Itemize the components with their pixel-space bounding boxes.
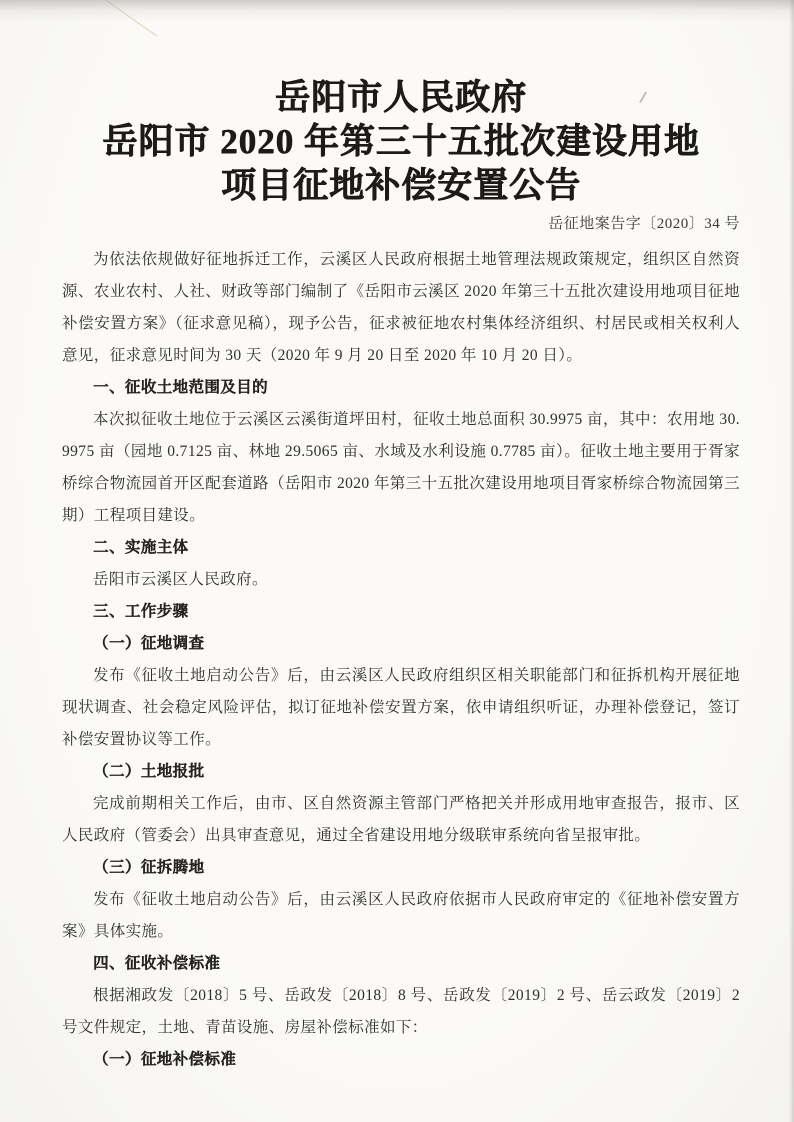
section-1-paragraph: 本次拟征收土地位于云溪区云溪街道坪田村，征收土地总面积 30.9975 亩，其中… xyxy=(62,404,740,532)
scan-right-edge xyxy=(789,0,794,1122)
section-3-sub-3-paragraph: 发布《征收土地启动公告》后，由云溪区人民政府依据市人民政府审定的《征地补偿安置方… xyxy=(62,884,740,948)
section-3-sub-3-heading: （三）征拆腾地 xyxy=(62,852,740,884)
section-3-sub-1-heading: （一）征地调查 xyxy=(62,628,740,660)
section-4-paragraph: 根据湘政发〔2018〕5 号、岳政发〔2018〕8 号、岳政发〔2019〕2 号… xyxy=(62,980,740,1044)
section-2-paragraph: 岳阳市云溪区人民政府。 xyxy=(62,564,740,596)
title-line-government: 岳阳市人民政府 xyxy=(62,76,740,120)
section-1-heading: 一、征收土地范围及目的 xyxy=(62,372,740,404)
intro-paragraph: 为依法依规做好征地拆迁工作，云溪区人民政府根据土地管理法规政策规定，组织区自然资… xyxy=(62,244,740,372)
section-3-heading: 三、工作步骤 xyxy=(62,596,740,628)
section-4-heading: 四、征收补偿标准 xyxy=(62,948,740,980)
section-2-heading: 二、实施主体 xyxy=(62,532,740,564)
section-3-sub-2-heading: （二）土地报批 xyxy=(62,756,740,788)
document-title: 岳阳市人民政府 岳阳市 2020 年第三十五批次建设用地 项目征地补偿安置公告 xyxy=(62,76,740,208)
title-line-announcement: 项目征地补偿安置公告 xyxy=(62,164,740,208)
document-page: 岳阳市人民政府 岳阳市 2020 年第三十五批次建设用地 项目征地补偿安置公告 … xyxy=(62,0,740,1076)
section-3-sub-2-paragraph: 完成前期相关工作后，由市、区自然资源主管部门严格把关并形成用地审查报告，报市、区… xyxy=(62,788,740,852)
document-body: 为依法依规做好征地拆迁工作，云溪区人民政府根据土地管理法规政策规定，组织区自然资… xyxy=(62,244,740,1076)
title-line-batch: 岳阳市 2020 年第三十五批次建设用地 xyxy=(62,120,740,164)
section-3-sub-1-paragraph: 发布《征收土地启动公告》后，由云溪区人民政府组织区相关职能部门和征拆机构开展征地… xyxy=(62,660,740,756)
section-4-sub-1-heading: （一）征地补偿标准 xyxy=(62,1044,740,1076)
document-number: 岳征地案告字〔2020〕34 号 xyxy=(62,212,740,236)
